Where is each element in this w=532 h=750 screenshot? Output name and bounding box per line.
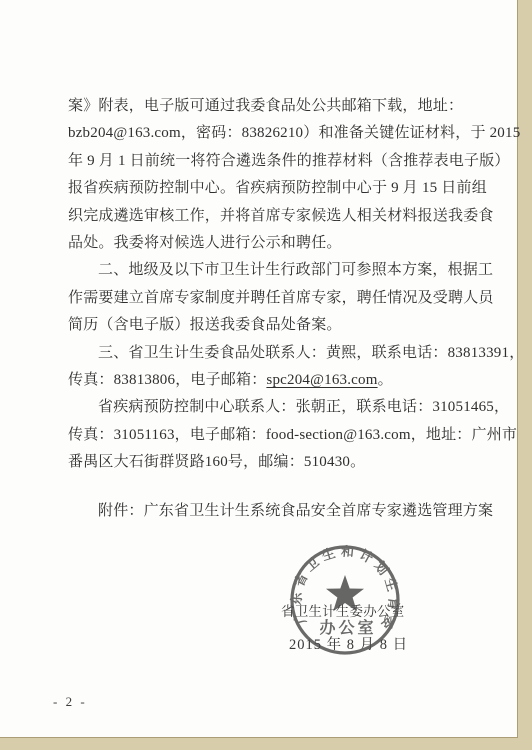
body-line: 品处。我委将对候选人进行公示和聘任。 [68, 230, 472, 257]
official-seal: 广东省卫生和计划生育委员会 办公室 [272, 527, 418, 673]
attachment-line: 附件：广东省卫生计生系统食品安全首席专家遴选管理方案 [68, 498, 472, 525]
page-number: - 2 - [53, 694, 87, 710]
body-lines: 案》附表，电子版可通过我委食品处公共邮箱下载，地址：bzb204@163.com… [68, 93, 472, 477]
body-line: bzb204@163.com，密码：83826210）和准备关键佐证材料，于 2… [68, 120, 472, 147]
body-line: 番禺区大石街群贤路160号，邮编：510430。 [68, 449, 472, 476]
body-line: 报省疾病预防控制中心。省疾病预防控制中心于 9 月 15 日前组 [68, 175, 472, 202]
body-line: 传真：31051163，电子邮箱：food-section@163.com，地址… [68, 422, 472, 449]
body-line: 案》附表，电子版可通过我委食品处公共邮箱下载，地址： [68, 93, 472, 120]
body-line: 传真：83813806，电子邮箱：spc204@163.com。 [68, 367, 472, 394]
email-underlined: spc204@163.com [266, 372, 377, 388]
body-line: 织完成遴选审核工作，并将首席专家候选人相关材料报送我委食 [68, 203, 472, 230]
body-line: 二、地级及以下市卫生计生行政部门可参照本方案，根据工 [68, 257, 472, 284]
star-icon [326, 575, 364, 611]
seal-office-text: 办公室 [319, 618, 376, 637]
body-line: 作需要建立首席专家制度并聘任首席专家，聘任情况及受聘人员 [68, 285, 472, 312]
body-line: 简历（含电子版）报送我委食品处备案。 [68, 312, 472, 339]
body-line: 年 9 月 1 日前统一将符合遴选条件的推荐材料（含推荐表电子版） [68, 148, 472, 175]
body-line: 三、省卫生计生委食品处联系人：黄熙，联系电话：83813391， [68, 340, 472, 367]
document-page: 案》附表，电子版可通过我委食品处公共邮箱下载，地址：bzb204@163.com… [0, 0, 518, 738]
document-body: 案》附表，电子版可通过我委食品处公共邮箱下载，地址：bzb204@163.com… [68, 93, 472, 525]
body-line: 省疾病预防控制中心联系人：张朝正，联系电话：31051465， [68, 394, 472, 421]
